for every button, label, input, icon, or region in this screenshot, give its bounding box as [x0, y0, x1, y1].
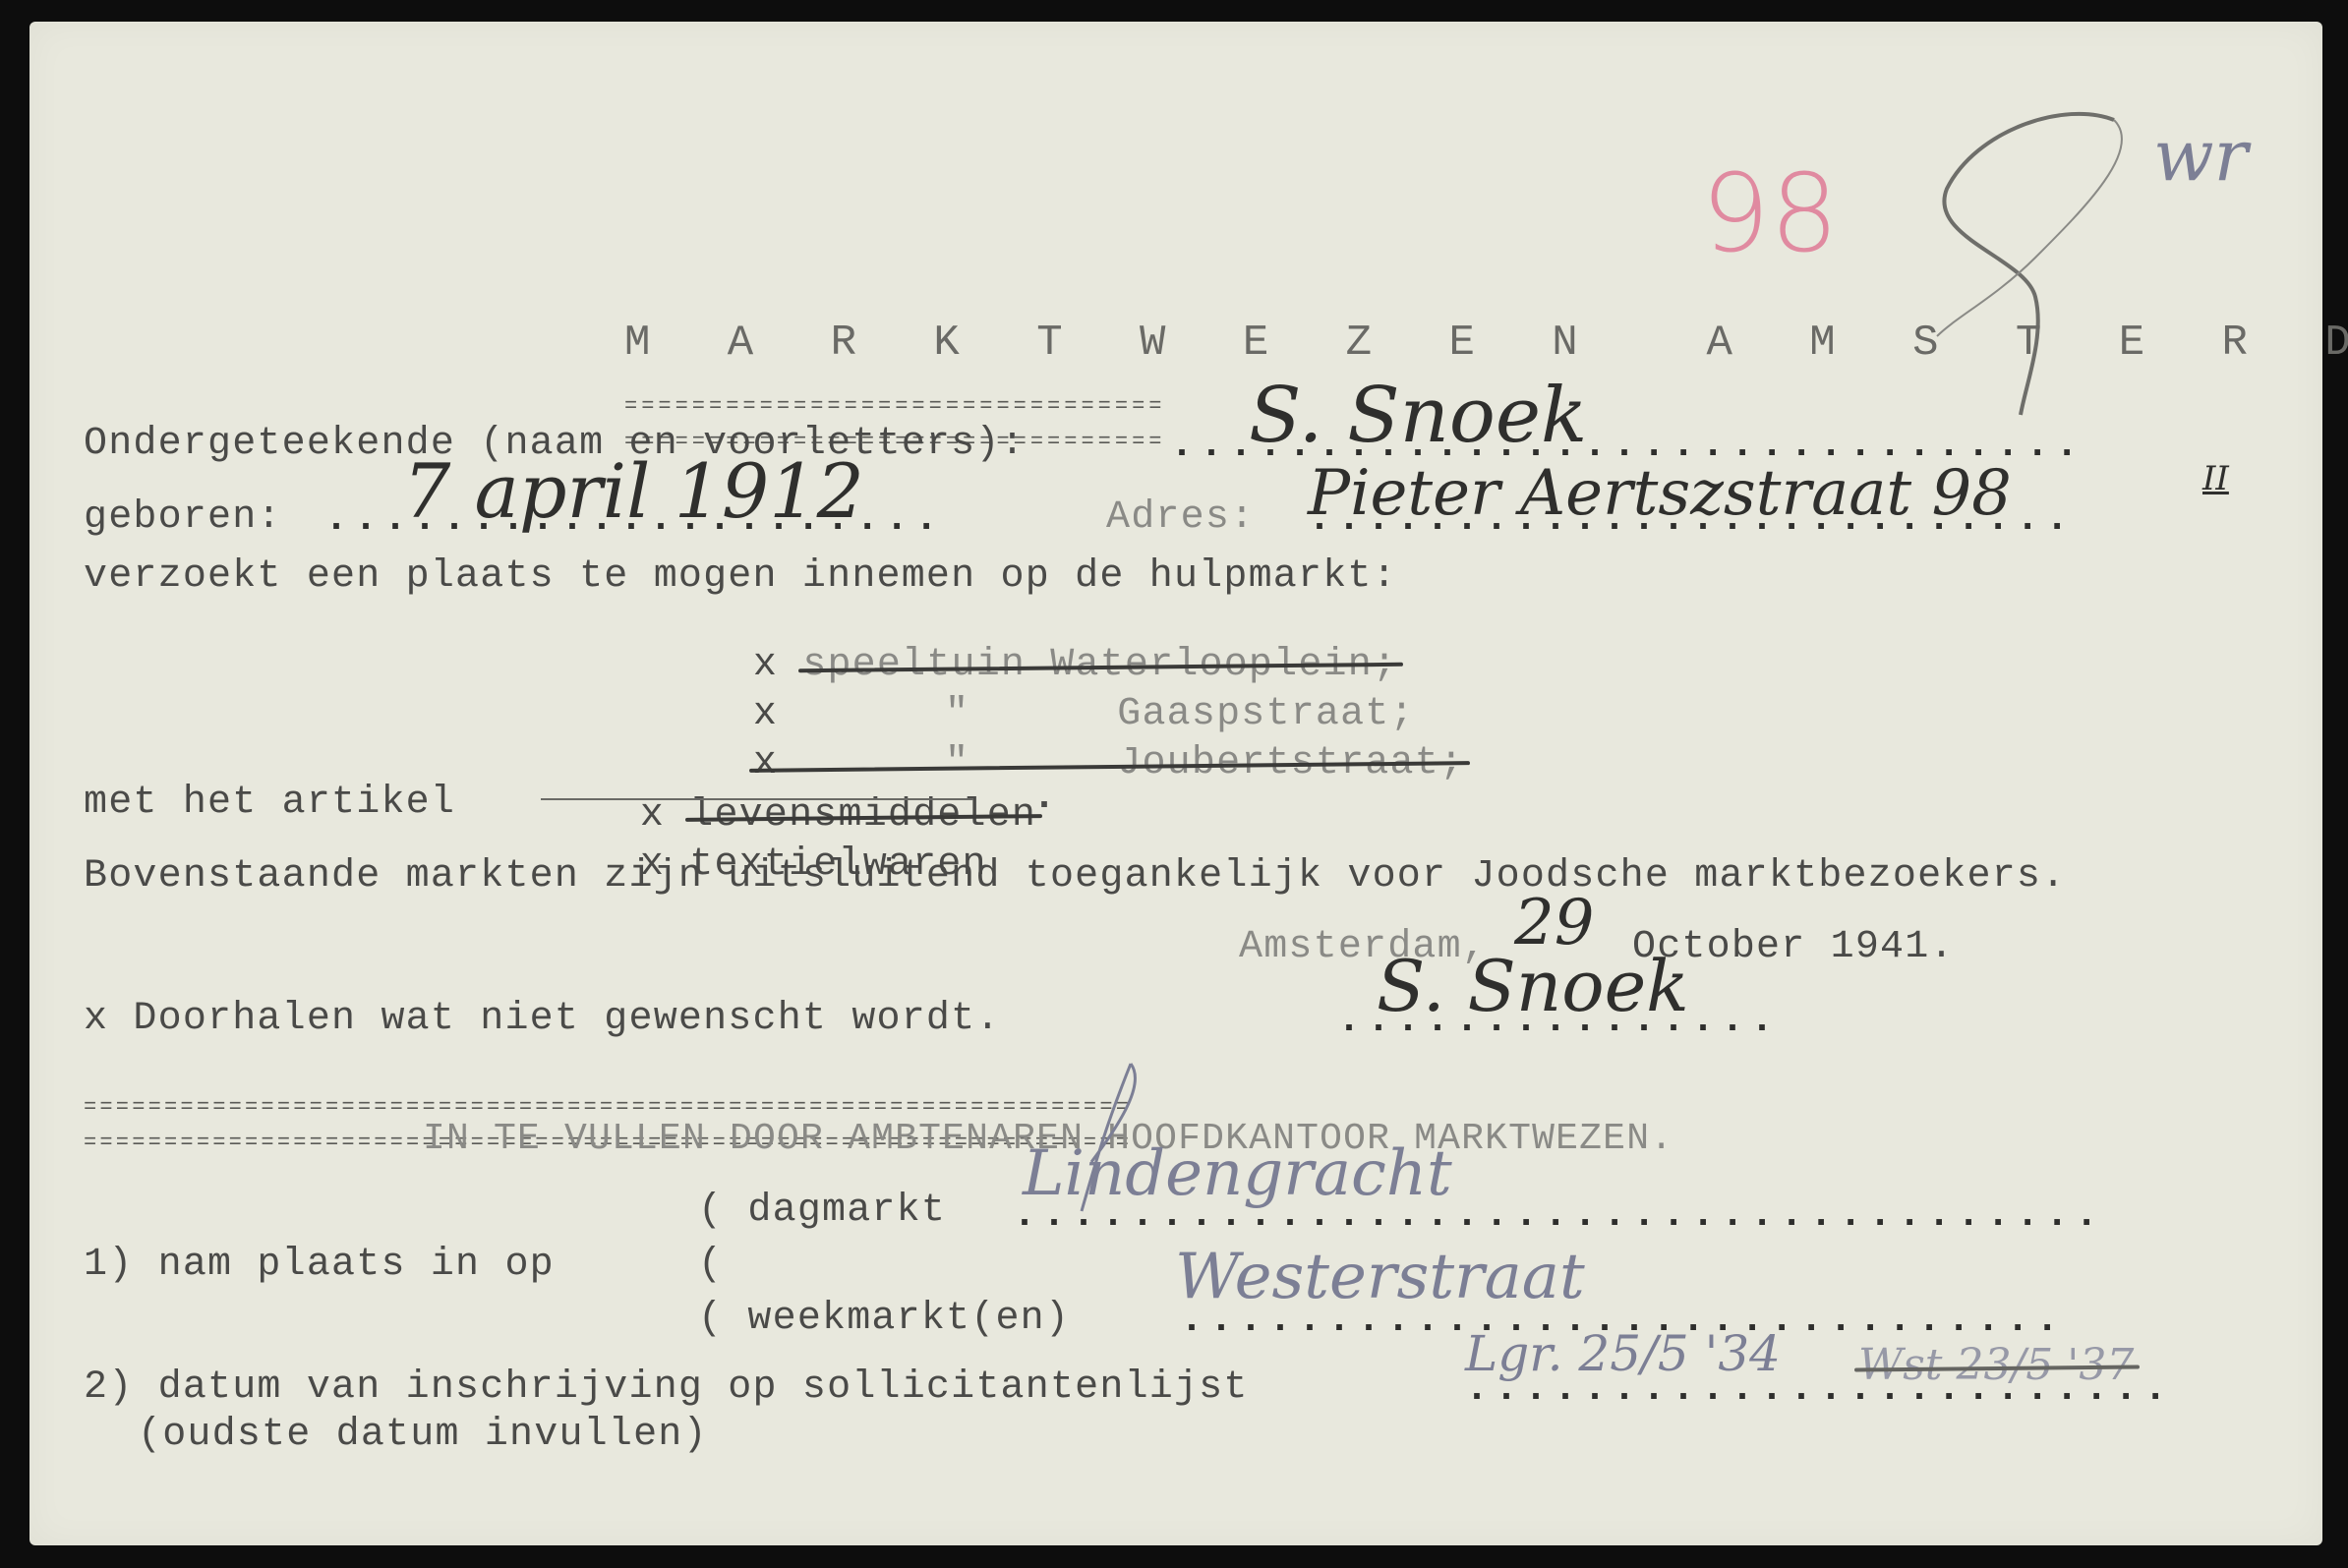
address-value[interactable]: Pieter Aertszstraat 98: [1308, 462, 2012, 525]
weekmarkt-label: ( weekmarkt(en): [698, 1300, 1070, 1339]
article-fraction-rule: [541, 798, 973, 800]
office-item1-label: 1) nam plaats in op: [84, 1246, 555, 1285]
item2-struck-value: Wst 23/5 '37: [1858, 1344, 2134, 1387]
dagmarkt-label: ( dagmarkt: [698, 1191, 946, 1231]
document-card: 98 wr M A R K T W E Z E N A M S T E R D …: [29, 22, 2322, 1545]
office-item2-note: (oudste datum invullen): [138, 1416, 708, 1455]
signature[interactable]: S. Snoek: [1377, 951, 1689, 1021]
red-annotation-number: 98: [1701, 159, 1839, 267]
market-3-name: Joubertstraat;: [1117, 741, 1464, 785]
article-label: met het artikel: [84, 784, 455, 823]
weekmarkt-value[interactable]: Westerstraat: [1175, 1246, 1585, 1308]
page-title: M A R K T W E Z E N A M S T E R D A M.: [624, 321, 2348, 365]
request-text: verzoekt een plaats te mogen innemen op …: [84, 557, 1397, 597]
article-end-period: .: [1032, 779, 1057, 818]
separator-line-1: ========================================…: [84, 1102, 1132, 1114]
brace-middle: (: [698, 1246, 723, 1285]
address-label: Adres:: [1106, 498, 1255, 538]
notice-text: Bovenstaande markten zijn uitsluitend to…: [84, 857, 2066, 897]
address-floor: II: [2202, 462, 2229, 495]
title-rule-line-1: ================================: [624, 401, 1165, 413]
pencil-initials: wr: [2153, 120, 2248, 191]
born-value[interactable]: 7 april 1912: [403, 454, 864, 529]
office-item2-label: 2) datum van inschrijving op sollicitant…: [84, 1368, 1249, 1408]
footnote-text: x Doorhalen wat niet gewenscht wordt.: [84, 1000, 1001, 1039]
dagmarkt-value[interactable]: Lindengracht: [1023, 1142, 1452, 1205]
born-label: geboren:: [84, 498, 282, 538]
item2-value[interactable]: Lgr. 25/5 '34: [1465, 1329, 1781, 1378]
name-value[interactable]: S. Snoek: [1249, 377, 1587, 454]
